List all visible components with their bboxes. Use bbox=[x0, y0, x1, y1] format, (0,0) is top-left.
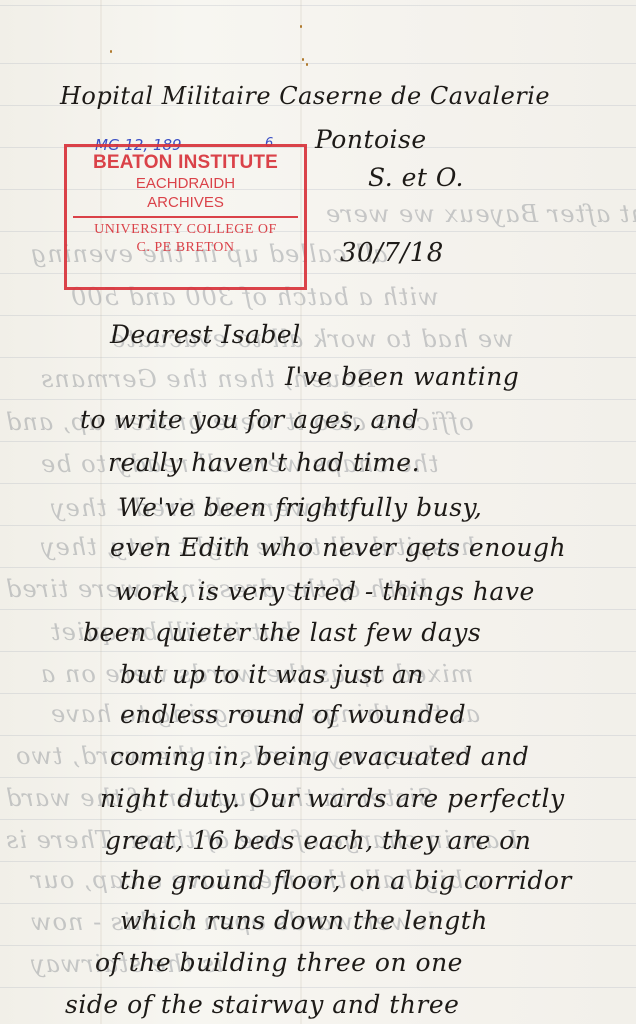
foxing-spot bbox=[300, 25, 302, 28]
letter-line: but up to it was just an bbox=[120, 660, 424, 689]
letter-line: great, 16 beds each, they are on bbox=[105, 826, 531, 855]
address-line-2: Pontoise bbox=[315, 125, 427, 154]
stamp-divider bbox=[73, 216, 298, 218]
stamp-institution: BEATON INSTITUTE bbox=[67, 152, 304, 174]
letter-line: We've been frightfully busy, bbox=[118, 493, 482, 522]
stamp-location-line: C. PE BRETON bbox=[67, 239, 304, 257]
stamp-university-line: UNIVERSITY COLLEGE OF bbox=[67, 221, 304, 239]
letter-line: night duty. Our wards are perfectly bbox=[100, 784, 565, 813]
address-line-3: S. et O. bbox=[368, 163, 464, 192]
letter-line: the ground floor, on a big corridor bbox=[120, 866, 572, 895]
foxing-spot bbox=[302, 58, 304, 61]
letter-line: which runs down the length bbox=[120, 906, 488, 935]
address-line-1: Hopital Militaire Caserne de Cavalerie bbox=[60, 82, 550, 110]
letter-line: work, is very tired - things have bbox=[115, 577, 535, 606]
foxing-spot bbox=[110, 50, 112, 53]
foxing-spot bbox=[306, 63, 308, 66]
letter-line: really haven't had time. bbox=[108, 448, 420, 477]
letter-line: to write you for ages, and bbox=[80, 405, 419, 434]
letter-line: side of the stairway and three bbox=[65, 990, 459, 1019]
salutation: Dearest Isabel bbox=[110, 320, 301, 349]
letter-line: I've been wanting bbox=[285, 362, 519, 391]
letter-date: 30/7/18 bbox=[340, 238, 444, 268]
letter-line: coming in, being evacuated and bbox=[110, 742, 529, 771]
letter-line: even Edith who never gets enough bbox=[110, 533, 566, 562]
letter-line: endless round of wounded bbox=[120, 700, 466, 729]
bleed-through-line: night after Bayeux we were bbox=[325, 200, 636, 228]
letter-line: of the building three on one bbox=[95, 948, 463, 977]
stamp-archives-label: ARCHIVES bbox=[67, 193, 304, 212]
archive-stamp: BEATON INSTITUTE EACHDRAIDH ARCHIVES UNI… bbox=[64, 144, 307, 290]
stamp-gaelic-label: EACHDRAIDH bbox=[67, 174, 304, 193]
letter-line: been quieter the last few days bbox=[83, 618, 481, 647]
